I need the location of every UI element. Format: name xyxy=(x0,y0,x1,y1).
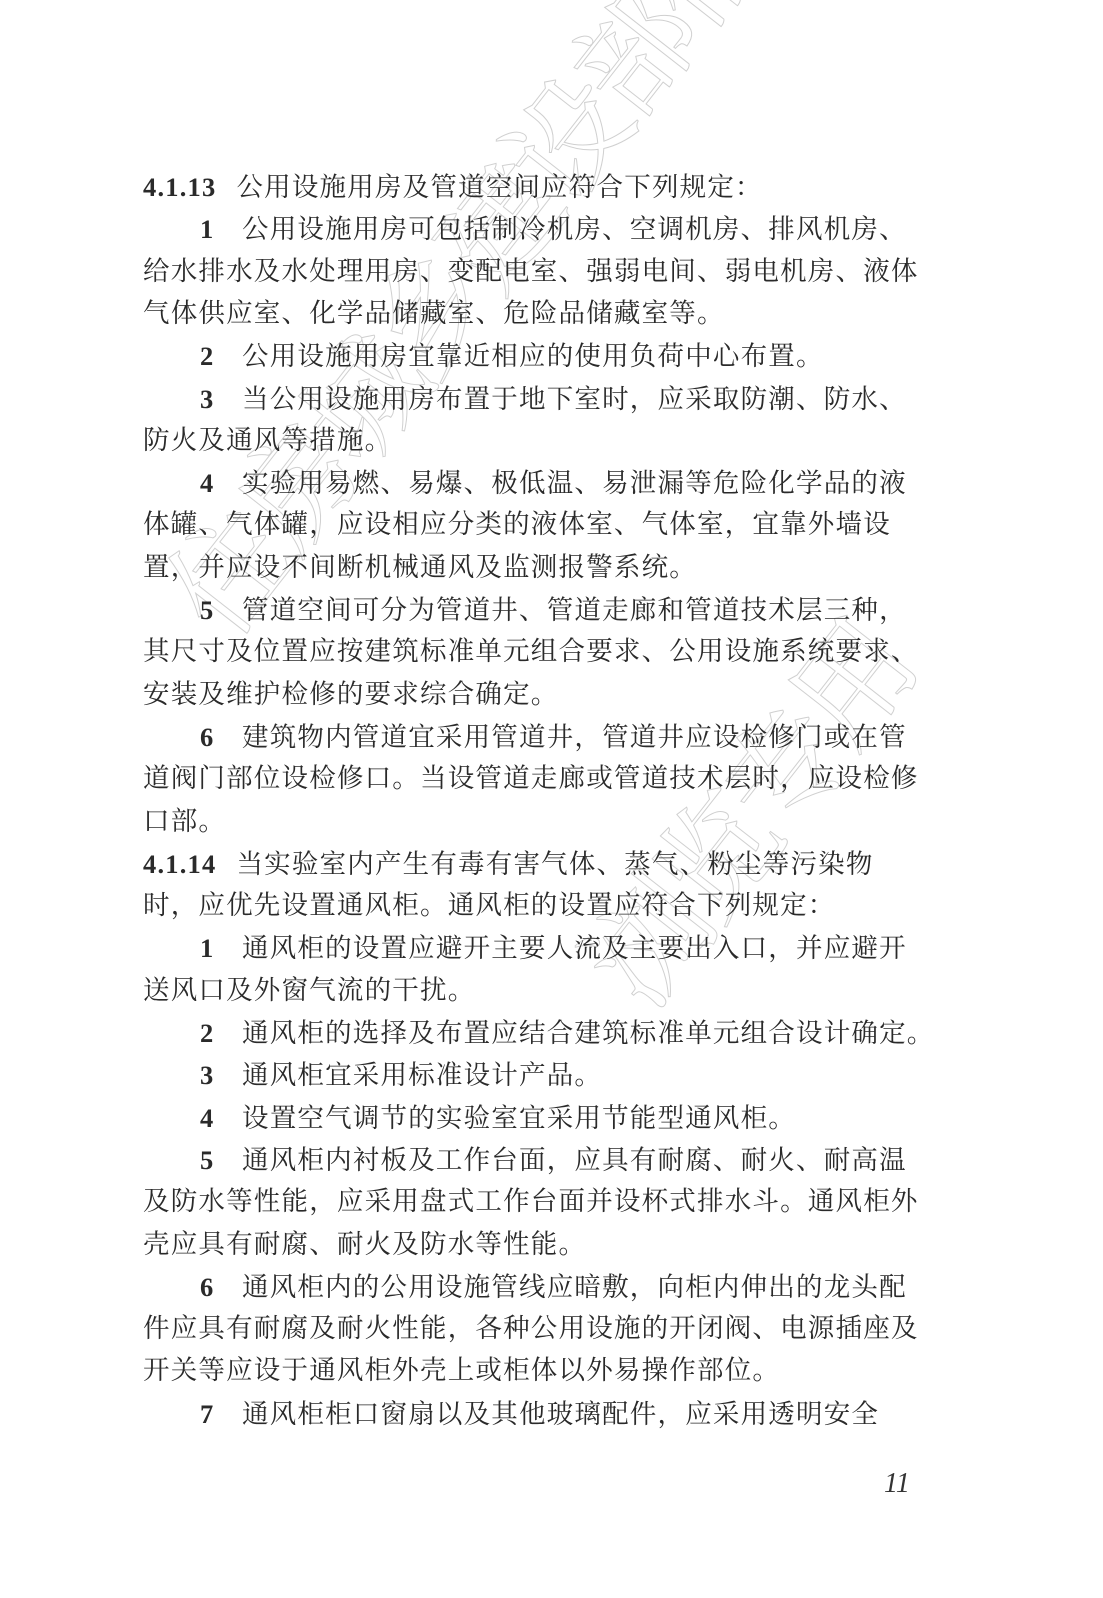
text-line: 置，并应设不间断机械通风及监测报警系统。 xyxy=(143,552,943,584)
clause-heading: 4.1.14当实验室内产生有毒有害气体、蒸气、粉尘等污染物 xyxy=(143,848,943,881)
text-line: 其尺寸及位置应按建筑标准单元组合要求、公用设施系统要求、 xyxy=(143,636,943,668)
item-number: 3 xyxy=(200,1059,242,1091)
line-text: 公用设施用房可包括制冷机房、空调机房、排风机房、 xyxy=(242,214,907,245)
line-text: 实验用易燃、易爆、极低温、易泄漏等危险化学品的液 xyxy=(242,468,907,499)
text-line: 口部。 xyxy=(143,806,943,838)
line-text: 通风柜宜采用标准设计产品。 xyxy=(242,1060,602,1091)
text-line: 开关等应设于通风柜外壳上或柜体以外易操作部位。 xyxy=(143,1355,943,1387)
text-line: 送风口及外窗气流的干扰。 xyxy=(143,975,943,1007)
line-text: 送风口及外窗气流的干扰。 xyxy=(143,975,475,1006)
line-text: 安装及维护检修的要求综合确定。 xyxy=(143,679,559,710)
line-text: 通风柜柜口窗扇以及其他玻璃配件，应采用透明安全 xyxy=(242,1399,879,1430)
line-text: 气体供应室、化学品储藏室、危险品储藏室等。 xyxy=(143,298,725,329)
text-line: 件应具有耐腐及耐火性能，各种公用设施的开闭阀、电源插座及 xyxy=(143,1313,943,1345)
line-text: 通风柜内的公用设施管线应暗敷，向柜内伸出的龙头配 xyxy=(242,1272,907,1303)
text-line: 及防水等性能，应采用盘式工作台面并设杯式排水斗。通风柜外 xyxy=(143,1186,943,1218)
line-text: 建筑物内管道宜采用管道井，管道井应设检修门或在管 xyxy=(242,722,907,753)
line-text: 体罐、气体罐，应设相应分类的液体室、气体室，宜靠外墙设 xyxy=(143,509,891,540)
clause-number: 4.1.14 xyxy=(143,849,216,879)
item-number: 7 xyxy=(200,1398,242,1430)
text-line: 壳应具有耐腐、耐火及防水等性能。 xyxy=(143,1229,943,1261)
list-item: 1公用设施用房可包括制冷机房、空调机房、排风机房、 xyxy=(143,213,943,246)
item-number: 6 xyxy=(200,721,242,753)
line-text: 及防水等性能，应采用盘式工作台面并设杯式排水斗。通风柜外 xyxy=(143,1186,919,1217)
item-number: 1 xyxy=(200,213,242,245)
item-number: 6 xyxy=(200,1271,242,1303)
item-number: 5 xyxy=(200,594,242,626)
clause-heading: 4.1.13公用设施用房及管道空间应符合下列规定： xyxy=(143,171,943,204)
line-text: 公用设施用房及管道空间应符合下列规定： xyxy=(236,172,762,203)
list-item: 4实验用易燃、易爆、极低温、易泄漏等危险化学品的液 xyxy=(143,467,943,500)
text-line: 体罐、气体罐，应设相应分类的液体室、气体室，宜靠外墙设 xyxy=(143,509,943,541)
line-text: 管道空间可分为管道井、管道走廊和管道技术层三种， xyxy=(242,595,907,626)
item-number: 4 xyxy=(200,1102,242,1134)
list-item: 6通风柜内的公用设施管线应暗敷，向柜内伸出的龙头配 xyxy=(143,1271,943,1304)
page-number: 11 xyxy=(884,1468,910,1500)
item-number: 1 xyxy=(200,932,242,964)
text-line: 安装及维护检修的要求综合确定。 xyxy=(143,679,943,711)
line-text: 通风柜的选择及布置应结合建筑标准单元组合设计确定。 xyxy=(242,1018,935,1049)
list-item: 1通风柜的设置应避开主要人流及主要出入口，并应避开 xyxy=(143,932,943,965)
list-item: 6建筑物内管道宜采用管道井，管道井应设检修门或在管 xyxy=(143,721,943,754)
line-text: 给水排水及水处理用房、变配电室、强弱电间、弱电机房、液体 xyxy=(143,256,919,287)
text-line: 时，应优先设置通风柜。通风柜的设置应符合下列规定： xyxy=(143,890,943,922)
document-page: 住房城乡建设部信息公开 浏览专用 4.1.13公用设施用房及管道空间应符合下列规… xyxy=(0,0,1103,1598)
line-text: 通风柜内衬板及工作台面，应具有耐腐、耐火、耐高温 xyxy=(242,1145,907,1176)
line-text: 道阀门部位设检修口。当设管道走廊或管道技术层时，应设检修 xyxy=(143,763,919,794)
item-number: 2 xyxy=(200,340,242,372)
line-text: 通风柜的设置应避开主要人流及主要出入口，并应避开 xyxy=(242,933,907,964)
list-item: 7通风柜柜口窗扇以及其他玻璃配件，应采用透明安全 xyxy=(143,1398,943,1431)
item-number: 2 xyxy=(200,1017,242,1049)
list-item: 4设置空气调节的实验室宜采用节能型通风柜。 xyxy=(143,1102,943,1135)
line-text: 设置空气调节的实验室宜采用节能型通风柜。 xyxy=(242,1103,796,1134)
line-text: 口部。 xyxy=(143,806,226,837)
line-text: 件应具有耐腐及耐火性能，各种公用设施的开闭阀、电源插座及 xyxy=(143,1313,919,1344)
line-text: 当实验室内产生有毒有害气体、蒸气、粉尘等污染物 xyxy=(236,849,873,880)
line-text: 当公用设施用房布置于地下室时，应采取防潮、防水、 xyxy=(242,384,907,415)
item-number: 3 xyxy=(200,383,242,415)
text-line: 防火及通风等措施。 xyxy=(143,425,943,457)
line-text: 防火及通风等措施。 xyxy=(143,425,392,456)
list-item: 3当公用设施用房布置于地下室时，应采取防潮、防水、 xyxy=(143,383,943,416)
clause-number: 4.1.13 xyxy=(143,172,216,202)
line-text: 开关等应设于通风柜外壳上或柜体以外易操作部位。 xyxy=(143,1355,780,1386)
list-item: 3通风柜宜采用标准设计产品。 xyxy=(143,1059,943,1092)
list-item: 5管道空间可分为管道井、管道走廊和管道技术层三种， xyxy=(143,594,943,627)
line-text: 置，并应设不间断机械通风及监测报警系统。 xyxy=(143,552,697,583)
list-item: 2公用设施用房宜靠近相应的使用负荷中心布置。 xyxy=(143,340,943,373)
line-text: 时，应优先设置通风柜。通风柜的设置应符合下列规定： xyxy=(143,890,836,921)
item-number: 5 xyxy=(200,1144,242,1176)
line-text: 壳应具有耐腐、耐火及防水等性能。 xyxy=(143,1229,586,1260)
list-item: 2通风柜的选择及布置应结合建筑标准单元组合设计确定。 xyxy=(143,1017,943,1050)
item-number: 4 xyxy=(200,467,242,499)
line-text: 其尺寸及位置应按建筑标准单元组合要求、公用设施系统要求、 xyxy=(143,636,919,667)
line-text: 公用设施用房宜靠近相应的使用负荷中心布置。 xyxy=(242,341,824,372)
text-line: 气体供应室、化学品储藏室、危险品储藏室等。 xyxy=(143,298,943,330)
text-line: 给水排水及水处理用房、变配电室、强弱电间、弱电机房、液体 xyxy=(143,256,943,288)
list-item: 5通风柜内衬板及工作台面，应具有耐腐、耐火、耐高温 xyxy=(143,1144,943,1177)
text-line: 道阀门部位设检修口。当设管道走廊或管道技术层时，应设检修 xyxy=(143,763,943,795)
